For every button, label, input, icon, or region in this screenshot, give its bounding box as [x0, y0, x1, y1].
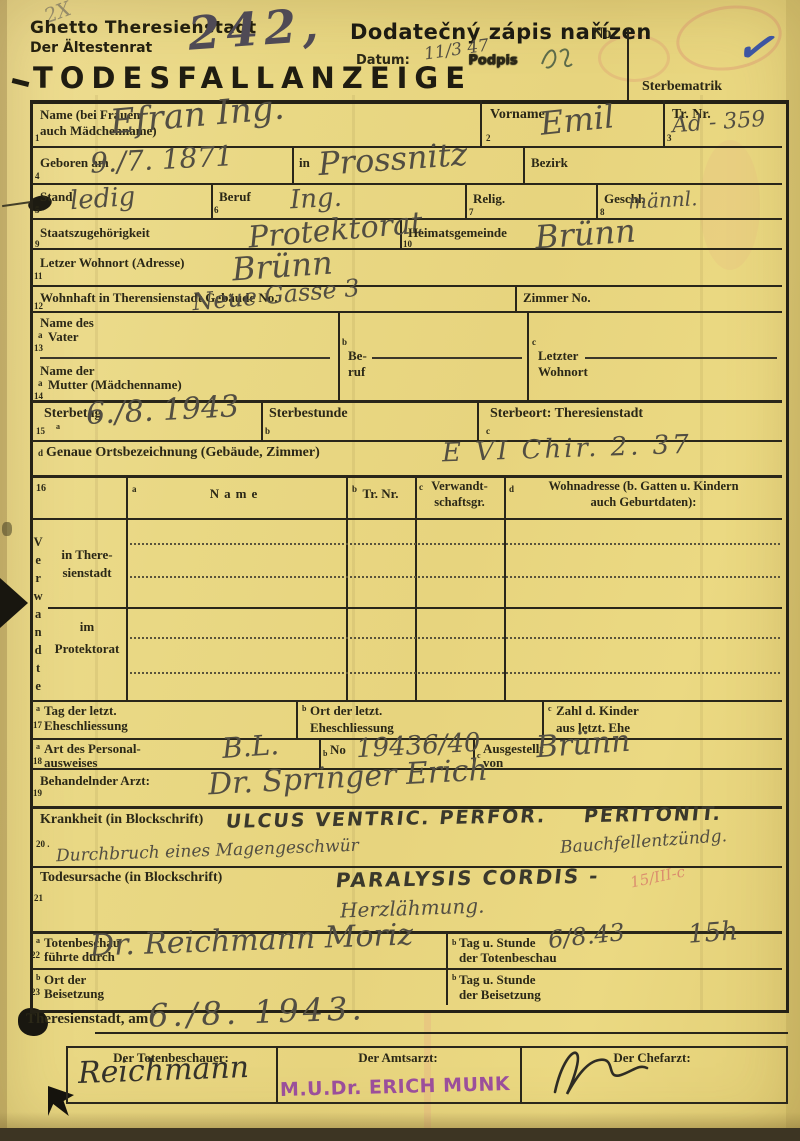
geboren-in-label: in [299, 156, 310, 170]
field-number: 12 [34, 302, 43, 311]
table-header-wohnadresse-line2: auch Geburtdaten): [504, 496, 783, 509]
form-divider [292, 146, 294, 183]
form-divider [338, 311, 340, 400]
form-divider [32, 311, 782, 313]
form-divider [296, 700, 298, 738]
table-side-label-verwandte: Verwandte [31, 535, 44, 695]
table-dotted-line [130, 637, 780, 639]
form-divider [126, 475, 128, 700]
totenbeschau-stunde-value-time: 15h [687, 918, 739, 947]
form-divider [32, 518, 782, 520]
sterbematrik-label: Sterbematrik [642, 80, 722, 95]
table-row-label-protektorat-line2: Protektorat [48, 642, 126, 656]
parents-wohnort-label-line1: Letzter [538, 349, 578, 363]
fill-in-rule [585, 357, 777, 359]
behandelnder-arzt-label: Behandelnder Arzt: [40, 774, 150, 788]
table-header-wohnadresse-line1: Wohnadresse (b. Gatten u. Kindern [504, 480, 783, 493]
parents-beruf-label-line2: ruf [348, 365, 365, 379]
table-header-verwandtschaft-line2: schaftsgr. [415, 496, 504, 509]
form-divider [515, 285, 517, 311]
footer-underline [95, 1032, 788, 1034]
form-divider [32, 285, 782, 287]
beruf-value: Ing. [289, 185, 342, 214]
sub-letter: a [56, 423, 60, 431]
table-dotted-line [130, 672, 780, 674]
sub-letter: a [36, 743, 40, 751]
form-divider [523, 146, 525, 183]
sub-letter: b [302, 705, 306, 713]
totenbeschau-stunde-value-date: 6/8.43 [547, 920, 626, 952]
paper-left-edge [0, 0, 7, 1141]
geschl-value: männl. [628, 188, 698, 212]
table-header-name: Name [126, 487, 346, 501]
field-number: 3 [667, 134, 672, 143]
form-divider [446, 931, 448, 1005]
stand-value: ledig [69, 184, 136, 214]
footer-date-value: 6./8. 1943. [148, 992, 367, 1032]
totenbeschau-stunde-label-line1: Tag u. Stunde [459, 936, 535, 950]
ausweis-label-line2: ausweises [44, 756, 97, 770]
field-number: 11 [34, 272, 43, 281]
header-divider [627, 28, 629, 100]
ehe-kinder-label-line1: Zahl d. Kinder [556, 704, 639, 718]
org-name-line2: Der Ältestenrat [30, 41, 152, 56]
form-divider [32, 968, 782, 970]
table-dotted-line [130, 576, 780, 578]
todesursache-label: Todesursache (in Blockschrift) [40, 871, 222, 886]
sub-letter: a [36, 937, 40, 945]
beisetzung-stunde-label-line1: Tag u. Stunde [459, 973, 535, 987]
mutter-label-line1: Name der [40, 364, 95, 378]
podpis-label: Podpis [468, 54, 517, 68]
table-row-label-theresienstadt-line1: in There- [48, 548, 126, 562]
sub-letter: b [342, 338, 347, 347]
form-divider-thick [32, 475, 782, 478]
ortsbezeichnung-label: Genaue Ortsbezeichnung (Gebäude, Zimmer) [46, 446, 320, 461]
krankheit-label: Krankheit (in Blockschrift) [40, 813, 203, 828]
field-number: 15 [36, 427, 45, 436]
field-number: 7 [469, 208, 474, 217]
sub-letter: c [532, 338, 536, 347]
field-number: 9 [35, 240, 40, 249]
form-divider [663, 100, 665, 146]
beruf-label: Beruf [219, 190, 251, 204]
bezirk-label: Bezirk [531, 156, 568, 170]
field-number: 21 [34, 894, 43, 903]
todesursache-block-value: PARALYSIS CORDIS - [335, 866, 601, 891]
field-number: 13 [34, 344, 43, 353]
field-number: 2 [486, 134, 491, 143]
ausweis-value: B.L. [221, 731, 280, 763]
sub-letter: c [548, 705, 552, 713]
ehe-tag-label-line2: Eheschliessung [44, 719, 128, 733]
case-number-handwritten: 242, [187, 1, 326, 56]
fill-in-rule [40, 357, 330, 359]
staat-label: Staatszugehörigkeit [40, 226, 150, 240]
sub-letter: d [38, 449, 43, 458]
geboren-in-value: Prossnitz [317, 138, 468, 180]
field-number: 1 [35, 134, 40, 143]
zimmer-label: Zimmer No. [523, 291, 591, 305]
form-title: TODESFALLANZEIGE [33, 63, 472, 93]
field-number: 19 [33, 789, 42, 798]
ausweis-no-label: No [330, 743, 346, 757]
left-triangle-mark [0, 578, 28, 628]
form-divider [596, 183, 598, 218]
letzter-wohnort-label: Letzer Wohnort (Adresse) [40, 256, 184, 270]
form-divider [480, 100, 482, 146]
field-number: 6 [214, 206, 219, 215]
table-row-label-theresienstadt-line2: sienstadt [48, 566, 126, 580]
sub-letter: b [323, 750, 327, 758]
beisetzung-ort-label-line2: Beisetzung [44, 987, 104, 1001]
sub-letter: a [36, 705, 40, 713]
geboren-value: 9./7. 1871 [89, 142, 233, 177]
table-dotted-line [130, 543, 780, 545]
heimat-label: Heimatsgemeinde [408, 226, 507, 240]
fill-in-rule [372, 357, 522, 359]
relig-label: Relig. [473, 192, 505, 206]
field-number: 10 [403, 240, 412, 249]
form-divider [211, 183, 213, 218]
sterbestunde-label: Sterbestunde [269, 407, 348, 422]
death-notice-scan: 2X Ghetto Theresienstadt Der Ältestenrat… [0, 0, 800, 1141]
form-divider [527, 311, 529, 400]
sub-letter: c [486, 427, 490, 436]
field-number: 16 [36, 484, 46, 495]
beisetzung-ort-label-line1: Ort der [44, 973, 86, 987]
sub-letter: b [36, 974, 40, 982]
sterbeort-label: Sterbeort: Theresienstadt [490, 407, 643, 422]
chefarzt-signature-squiggle [545, 1044, 660, 1102]
field-number: 18 [33, 757, 42, 766]
totenbeschauer-signature: Reichmann [78, 1053, 250, 1089]
table-header-verwandtschaft-line1: Verwandt- [415, 480, 504, 493]
no-label: No. [592, 26, 616, 43]
field-number: 4 [35, 172, 40, 181]
sub-letter: a [38, 331, 43, 340]
sub-letter: b [452, 974, 456, 982]
form-divider [477, 400, 479, 440]
title-dash-mark [12, 78, 30, 87]
sub-letter: a [38, 379, 43, 388]
small-dark-mark [2, 522, 12, 536]
ehe-tag-label-line1: Tag der letzt. [44, 704, 117, 718]
krankheit-block-value2: PERITONIT. [583, 805, 723, 826]
bottom-dark-strip [0, 1128, 800, 1141]
vater-label-line2: Vater [48, 330, 79, 344]
field-number: 20 . [36, 840, 50, 849]
stand-label: Stand [40, 190, 73, 204]
sterbetag-value: 6./8. 1943 [85, 392, 240, 430]
vater-label-line1: Name des [40, 316, 94, 330]
table-row-label-protektorat-line1: im [48, 620, 126, 634]
field-number: 17 [33, 721, 42, 730]
form-divider [465, 183, 467, 218]
field-number: 14 [34, 392, 43, 401]
podpis-signature-squiggle [538, 42, 586, 76]
form-divider [261, 400, 263, 440]
footer-place-label: Theresienstadt, am [26, 1012, 148, 1028]
sub-letter: b [452, 939, 456, 947]
amtsarzt-label: Der Amtsarzt: [276, 1051, 520, 1065]
form-divider [346, 475, 348, 700]
table-header-trnr: Tr. Nr. [346, 487, 415, 501]
field-number: 22 [31, 951, 40, 960]
sub-letter: b [265, 427, 270, 436]
field-number: 23 [31, 988, 40, 997]
field-number: 5 [35, 206, 40, 215]
mutter-label-line2: Mutter (Mädchenname) [48, 378, 182, 392]
ausgestellt-label-line1: Ausgestellt [483, 742, 544, 756]
beisetzung-stunde-label-line2: der Beisetzung [459, 988, 541, 1002]
ausgestellt-value: Brünn [535, 727, 631, 764]
ehe-ort-label-line1: Ort der letzt. [310, 704, 382, 718]
vorname-label: Vorname [490, 108, 545, 123]
totenbeschau-stunde-label-line2: der Totenbeschau [459, 951, 557, 965]
form-divider [32, 183, 782, 185]
vorname-value: Emil [539, 100, 616, 140]
form-divider [32, 700, 782, 702]
blue-check-mark: ✓ [733, 24, 776, 73]
heimat-value: Brünn [534, 215, 637, 254]
ausweis-label-line1: Art des Personal- [44, 742, 141, 756]
parents-wohnort-label-line2: Wohnort [538, 365, 588, 379]
parents-beruf-label-line1: Be- [348, 349, 367, 363]
